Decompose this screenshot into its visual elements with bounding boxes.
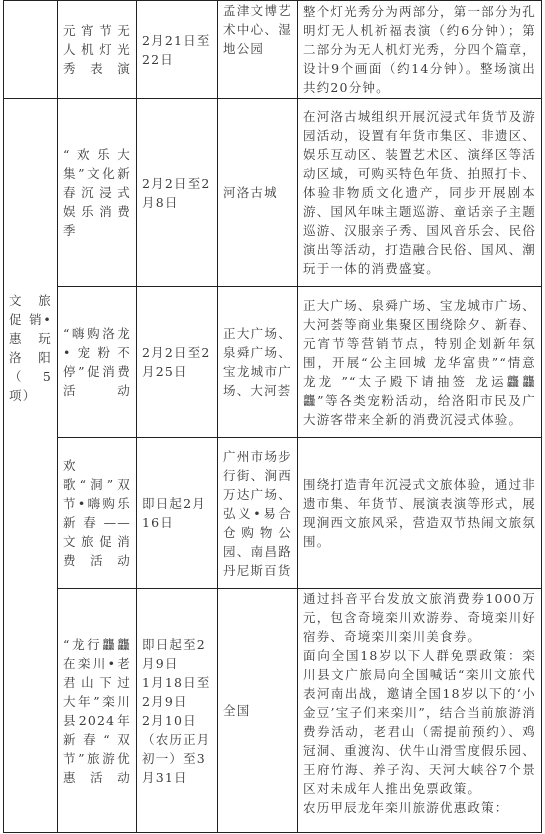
activity-date: 即日起至2月9日 1月18日至2月9日 2月10日（农历正月初一）至3月31日 xyxy=(137,589,218,833)
activity-name: 元宵节无人机灯光秀表演 xyxy=(58,1,137,99)
activity-place: 正大广场、泉舜广场、宝龙城市广场、大河荟 xyxy=(218,287,298,438)
activity-name: “欢乐大集”文化新春沉浸式娱乐消费季 xyxy=(58,99,137,287)
activity-date: 2月2日至2月25日 xyxy=(137,287,218,438)
activity-place: 孟津文博艺术中心、湿地公园 xyxy=(218,1,298,99)
category-cell: 文 旅 促 销•惠 玩 洛 阳（5 项） xyxy=(4,99,58,833)
table-row: 欢歌“洞”双节•嗨购乐新春——文旅促消费活动 即日起2月16日 广州市场步行街、… xyxy=(4,438,542,589)
activity-description: 在河洛古城组织开展沉浸式年货节及游园活动，设置有年货市集区、非遗区、娱乐互动区、… xyxy=(298,99,542,287)
table-row: “龙行龘龘在栾川•老君山下过大年”栾川县2024年新春“双节”旅游优惠活动 即日… xyxy=(4,589,542,833)
table-row: “嗨购洛龙•宠粉不停”促消费活动 2月2日至2月25日 正大广场、泉舜广场、宝龙… xyxy=(4,287,542,438)
activity-date: 即日起2月16日 xyxy=(137,438,218,589)
activity-description: 通过抖音平台发放文旅消费券1000万元，包含奇境栾川欢游券、奇境栾川好宿券、奇境… xyxy=(298,589,542,833)
activity-date: 2月2日至2月8日 xyxy=(137,99,218,287)
activity-name: “龙行龘龘在栾川•老君山下过大年”栾川县2024年新春“双节”旅游优惠活动 xyxy=(58,589,137,833)
activities-table: 元宵节无人机灯光秀表演 2月21日至22日 孟津文博艺术中心、湿地公园 整个灯光… xyxy=(3,0,542,833)
activity-name: 欢歌“洞”双节•嗨购乐新春——文旅促消费活动 xyxy=(58,438,137,589)
activity-description: 整个灯光秀分为两部分，第一部分为孔明灯无人机祈福表演（约6分钟）；第二部分为无人… xyxy=(298,1,542,99)
table-row: 文 旅 促 销•惠 玩 洛 阳（5 项） “欢乐大集”文化新春沉浸式娱乐消费季 … xyxy=(4,99,542,287)
activity-description: 正大广场、泉舜广场、宝龙城市广场、大河荟等商业集聚区围绕除夕、新春、元宵节等营销… xyxy=(298,287,542,438)
activity-date: 2月21日至22日 xyxy=(137,1,218,99)
category-cell-empty xyxy=(4,1,58,99)
activity-place: 河洛古城 xyxy=(218,99,298,287)
activity-name: “嗨购洛龙•宠粉不停”促消费活动 xyxy=(58,287,137,438)
activity-description: 围绕打造青年沉浸式文旅体验，通过非遗市集、年货节、展演表演等形式，展现涧西文旅风… xyxy=(298,438,542,589)
table-row: 元宵节无人机灯光秀表演 2月21日至22日 孟津文博艺术中心、湿地公园 整个灯光… xyxy=(4,1,542,99)
activity-place: 全国 xyxy=(218,589,298,833)
activity-place: 广州市场步行街、涧西万达广场、弘义•易合仓购物公园、南昌路丹尼斯百货 xyxy=(218,438,298,589)
